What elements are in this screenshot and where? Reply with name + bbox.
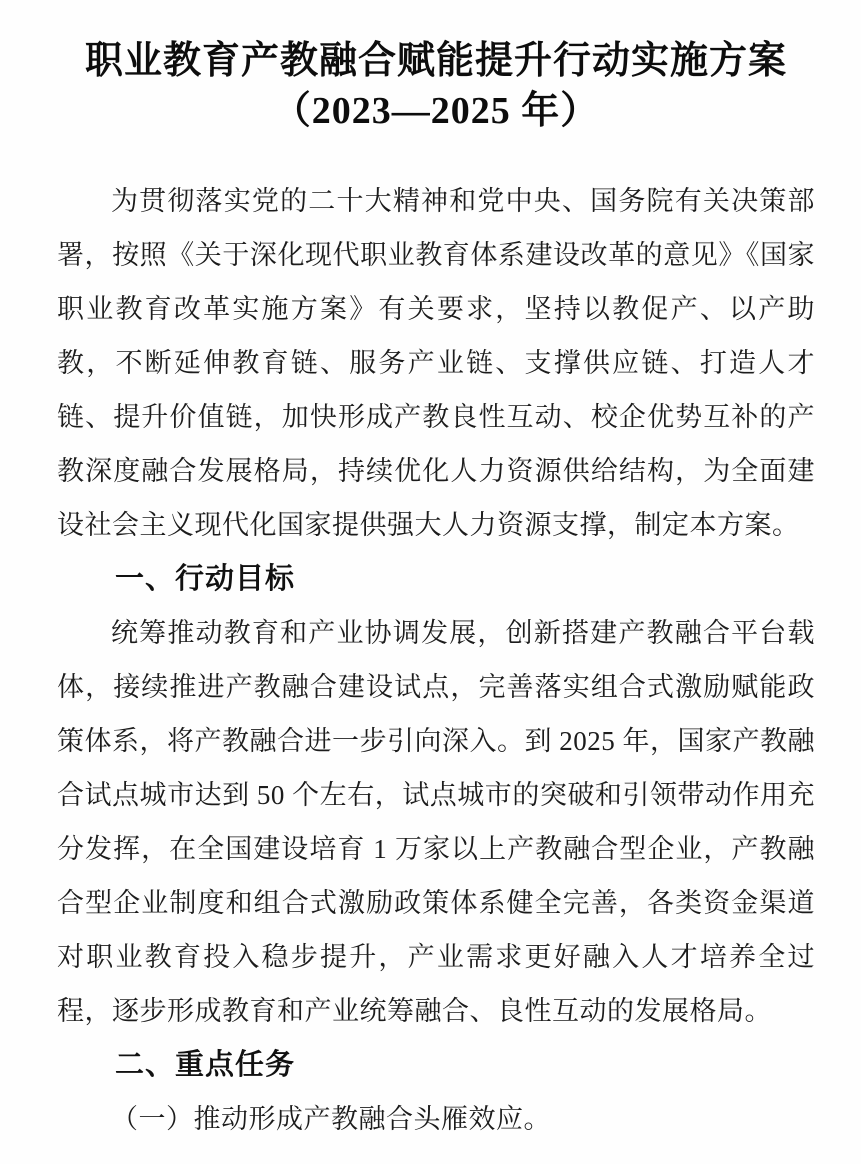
section-heading-action-goals: 一、行动目标 [57,552,815,606]
section-heading-key-tasks: 二、重点任务 [57,1038,815,1092]
document-page: 职业教育产教融合赋能提升行动实施方案 （2023—2025 年） 为贯彻落实党的… [0,0,861,1164]
intro-paragraph: 为贯彻落实党的二十大精神和党中央、国务院有关决策部署，按照《关于深化现代职业教育… [57,174,815,552]
action-goals-paragraph: 统筹推动教育和产业协调发展，创新搭建产教融合平台载体，接续推进产教融合建设试点，… [57,606,815,1038]
document-title-line2: （2023—2025 年） [57,86,815,136]
document-title-line1: 职业教育产教融合赋能提升行动实施方案 [57,36,815,86]
document-title: 职业教育产教融合赋能提升行动实施方案 （2023—2025 年） [57,36,815,136]
key-tasks-subitem-1: （一）推动形成产教融合头雁效应。 [57,1092,815,1146]
